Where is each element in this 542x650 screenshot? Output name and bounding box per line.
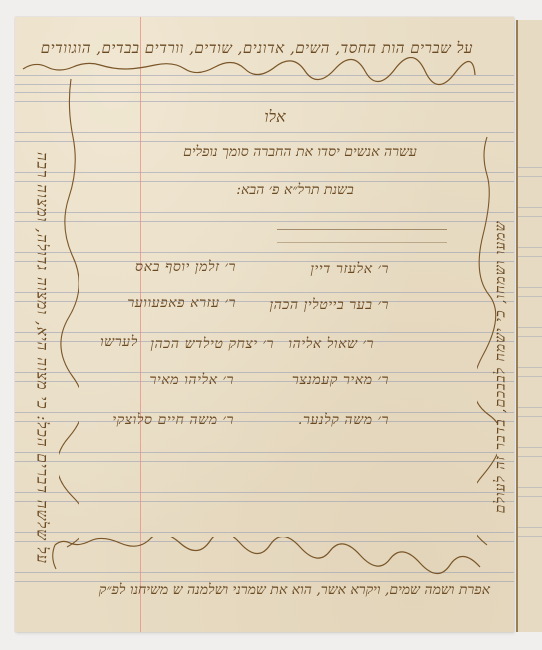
member-name: ר׳ שאול אליהו [288, 337, 374, 351]
member-name: לערשו [100, 335, 138, 349]
member-name: ר׳ משה קלנער. [298, 413, 389, 427]
member-name: ר׳ משה חיים סלוצקי [112, 413, 234, 427]
right-margin-text: שמעו ושמחו, כי ישמח לבבכם, בדבר זה לעולם [487, 127, 514, 607]
adjacent-page-edge [516, 20, 542, 632]
document-viewport: על שברים הות החסד, השים, אדונים, שודים, … [0, 0, 542, 650]
right-margin-text-content: שמעו ושמחו, כי ישמח לבבכם, בדבר זה לעולם [493, 221, 510, 514]
header-text: על שברים הות החסד, השים, אדונים, שודים, … [33, 41, 473, 56]
bottom-wavy-border [50, 537, 490, 577]
top-wavy-border [15, 57, 514, 87]
member-name: ר׳ בער בייטלין הכהן [269, 298, 389, 312]
member-name: ר׳ אלעזר דיין [310, 262, 389, 276]
intro-line-1: עשרה אנשים יסדו את החברה סומך נופלים [135, 145, 465, 159]
intro-line-2: בשנת תרל״א פ׳ הבא: [185, 183, 405, 197]
footer-text: אפרת ושמה שמים, ויקרא אשר, הוא את שמרני … [70, 583, 490, 597]
left-margin-text-content: על שלשה דברים הכל: כי מצוה היא, ומצוה גד… [33, 151, 52, 563]
left-wavy-border [59, 77, 79, 557]
member-name: ר׳ אליהו מאיר [150, 373, 234, 387]
page-title: אלו [215, 109, 335, 125]
member-name: ר׳ זלמן יוסף באס [135, 260, 236, 274]
left-margin-text: על שלשה דברים הכל: כי מצוה היא, ומצוה גד… [27, 105, 57, 610]
margin-line [140, 17, 141, 632]
member-name: ר׳ יצחק טילדש הכהן [150, 337, 274, 351]
signature-flourish [277, 229, 447, 243]
member-name: ר׳ עזרא פאפעווער [127, 296, 236, 310]
member-name: ר׳ מאיר קעמנצר [292, 373, 389, 387]
notebook-page: על שברים הות החסד, השים, אדונים, שודים, … [15, 17, 514, 632]
